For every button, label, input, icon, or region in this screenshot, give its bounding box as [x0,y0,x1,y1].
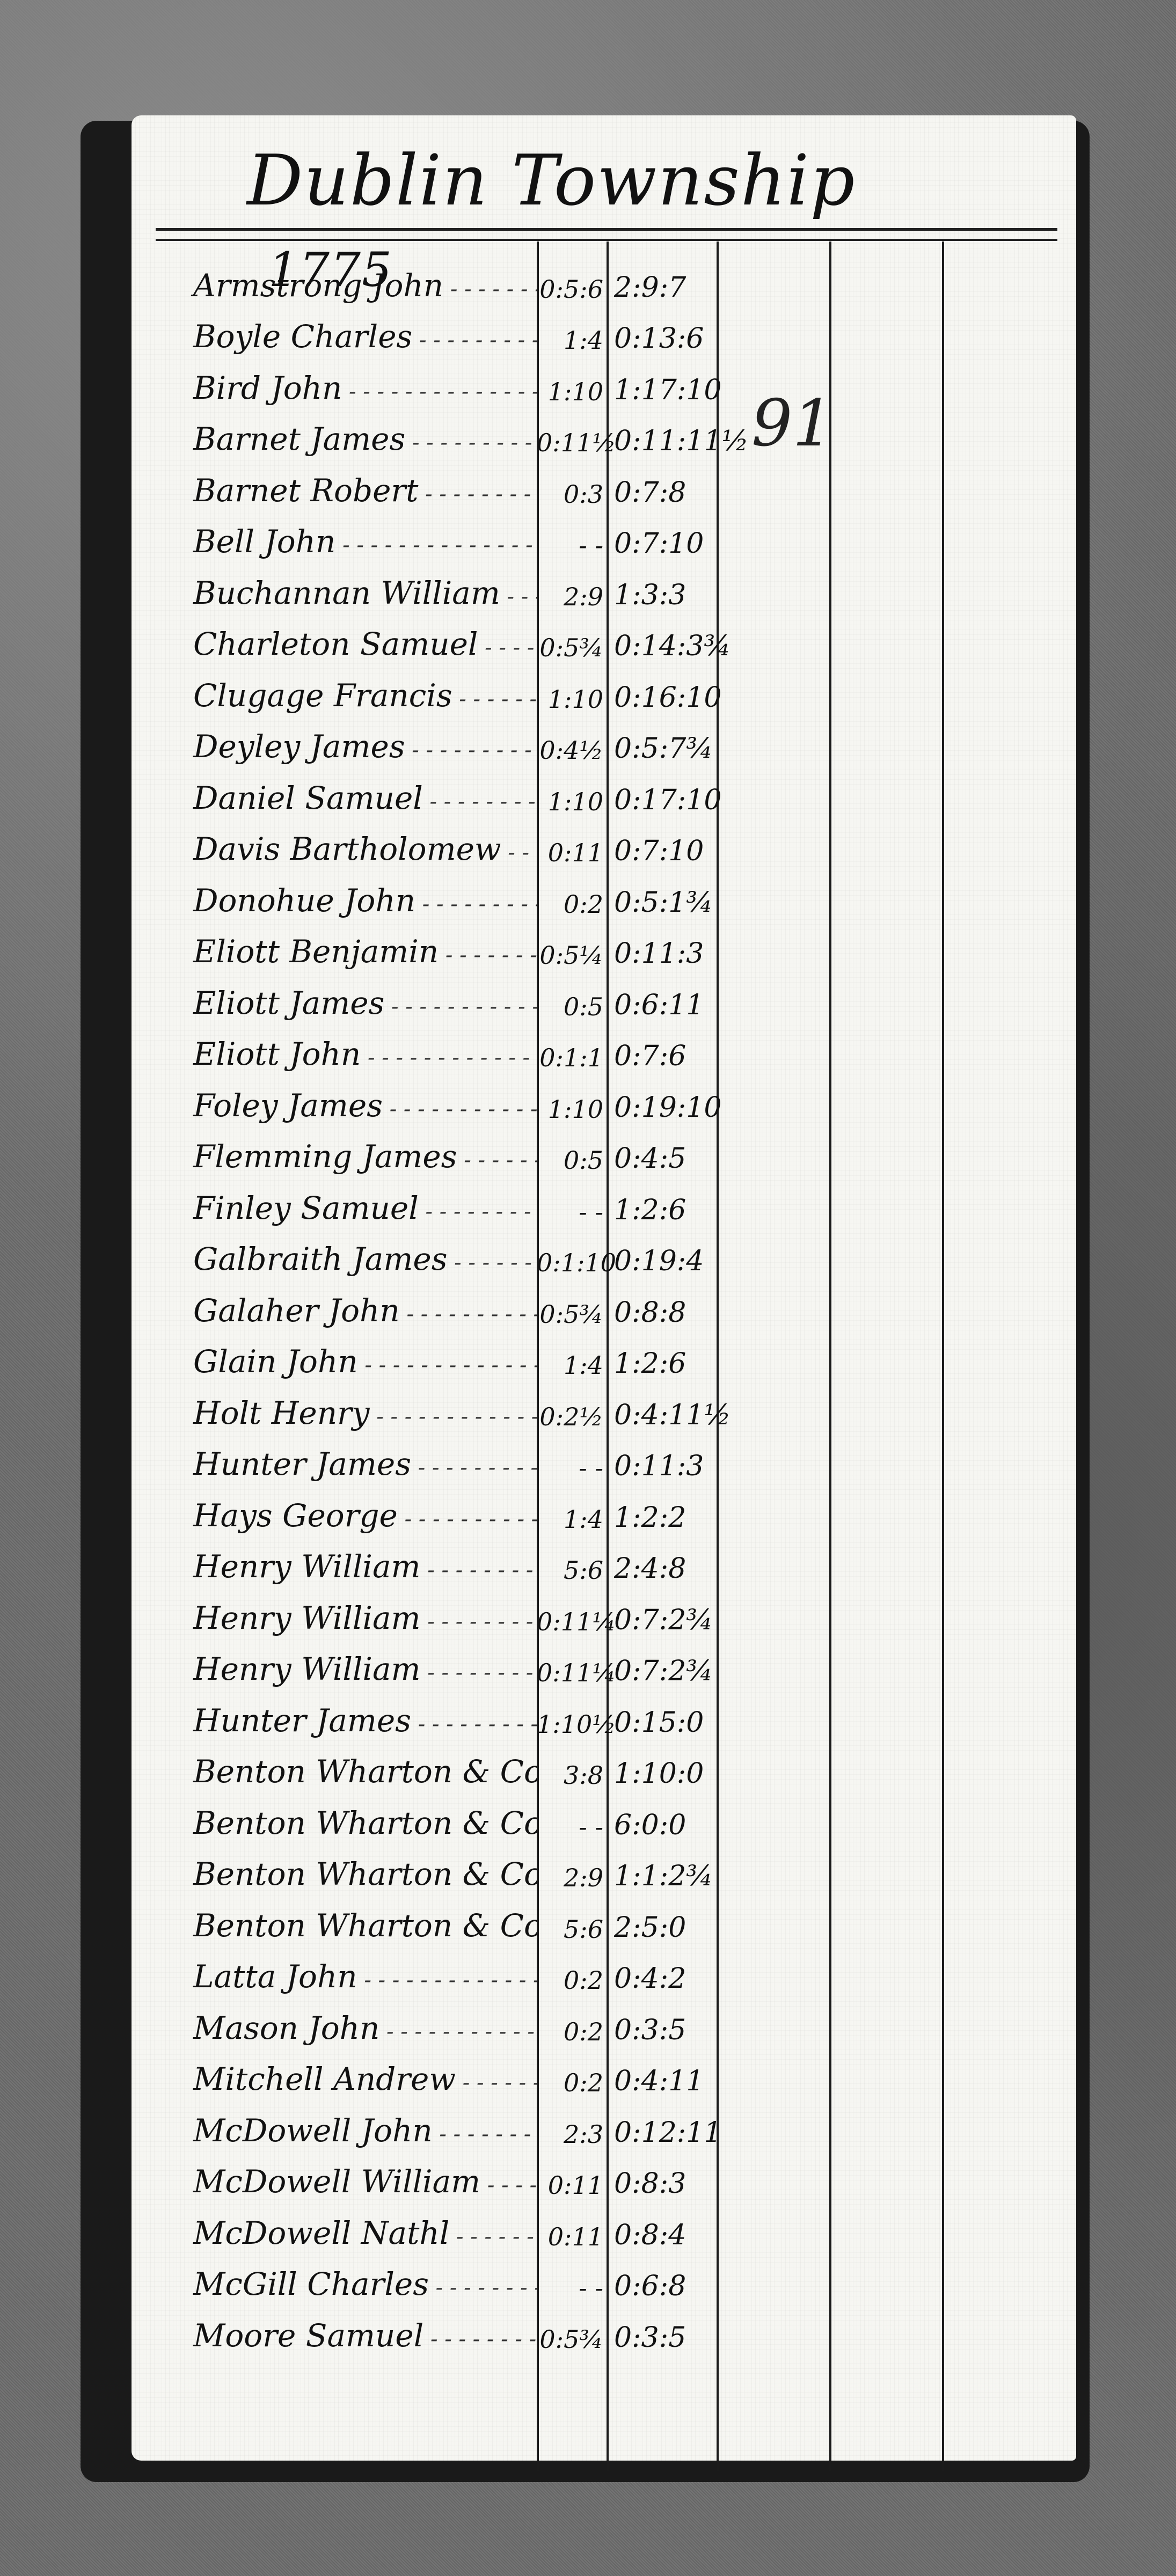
column-divider-5 [942,241,944,2471]
entry-amount-1: 0:5¼ [537,941,607,970]
entry-name: Boyle Charles [177,318,537,355]
entry-name: Deyley James [177,728,537,765]
entry-amount-2: 0:7:10 [607,528,714,560]
table-row: Davis Bartholomew0:110:7:10 [177,816,735,868]
entry-amount-1: 0:2 [537,1966,607,1995]
entry-name: McDowell John [177,2112,537,2149]
entry-name: Eliott Benjamin [177,933,537,970]
entry-name: McDowell Nathl [177,2215,537,2251]
entry-name: Donohue John [177,882,537,919]
entry-name: Latta John [177,1958,537,1995]
entry-amount-2: 0:14:3¾ [607,630,714,662]
entry-name: Flemming James [177,1138,537,1175]
table-row: Holt Henry0:2½0:4:11½ [177,1380,735,1431]
entry-name: Armstrong John [177,267,537,304]
entry-amount-1: 2:9 [537,582,607,611]
entry-amount-2: 1:3:3 [607,579,714,611]
entry-amount-1: 0:4½ [537,736,607,765]
table-row: Benton Wharton & Co- -6:0:0 [177,1790,735,1841]
entry-name: Barnet Robert [177,472,537,509]
table-row: Mitchell Andrew0:20:4:11 [177,2046,735,2098]
entry-amount-2: 2:9:7 [607,272,714,304]
table-row: Barnet James0:11½0:11:11½ [177,406,735,458]
entry-amount-2: 0:4:11½ [607,1399,714,1431]
entry-amount-2: 0:11:11½ [607,425,714,457]
table-row: Clugage Francis1:100:16:10 [177,662,735,714]
entry-name: Hunter James [177,1446,537,1482]
entry-amount-2: 0:4:11 [607,2065,714,2097]
column-divider-4 [829,241,831,2471]
entry-amount-1: 1:4 [537,1351,607,1380]
table-row: Benton Wharton & Co2:91:1:2¾ [177,1841,735,1893]
entry-amount-2: 0:15:0 [607,1707,714,1739]
table-row: McDowell John2:30:12:11 [177,2097,735,2149]
entry-amount-1: 0:1:10 [537,1248,607,1277]
table-row: Flemming James0:50:4:5 [177,1124,735,1175]
entry-amount-2: 0:11:3 [607,1450,714,1482]
entry-amount-2: 0:7:2¾ [607,1655,714,1687]
entry-amount-2: 0:7:6 [607,1040,714,1072]
table-row: Charleton Samuel0:5¾0:14:3¾ [177,611,735,663]
entry-amount-2: 1:17:10 [607,374,714,406]
entry-name: Daniel Samuel [177,780,537,816]
entry-name: Galaher John [177,1292,537,1329]
table-row: Donohue John0:20:5:1¾ [177,867,735,919]
entry-name: Galbraith James [177,1241,537,1277]
entry-amount-2: 6:0:0 [607,1809,714,1841]
entry-amount-2: 0:7:8 [607,477,714,509]
entry-name: Glain John [177,1343,537,1380]
entry-amount-1: 0:5:6 [537,275,607,304]
entry-amount-1: 1:10½ [537,1710,607,1739]
entry-name: Benton Wharton & Co [177,1753,537,1790]
entry-amount-1: 0:2 [537,2017,607,2046]
entry-amount-1: 0:11 [537,2222,607,2251]
entry-name: Benton Wharton & Co [177,1805,537,1841]
table-row: Finley Samuel- -1:2:6 [177,1175,735,1226]
entry-amount-2: 0:5:1¾ [607,887,714,919]
entry-amount-2: 0:7:10 [607,835,714,867]
entry-amount-1: 0:11½ [537,428,607,457]
entry-amount-1: 5:6 [537,1556,607,1585]
entry-amount-2: 0:3:5 [607,2322,714,2354]
table-row: Hunter James1:10½0:15:0 [177,1687,735,1739]
entry-amount-2: 0:12:11 [607,2117,714,2149]
township-name: Dublin Township [247,140,856,221]
entry-amount-1: - - [537,1197,607,1226]
entry-amount-2: 0:4:5 [607,1143,714,1175]
entry-name: Hunter James [177,1702,537,1739]
entry-amount-1: 0:3 [537,480,607,509]
entry-amount-1: - - [537,1812,607,1841]
entry-amount-2: 0:11:3 [607,938,714,970]
entry-amount-1: 1:10 [537,377,607,406]
entry-amount-1: 0:5¾ [537,2325,607,2354]
entry-amount-2: 1:2:6 [607,1194,714,1226]
entry-amount-1: 2:3 [537,2120,607,2149]
table-row: Benton Wharton & Co5:62:5:0 [177,1892,735,1944]
entry-amount-2: 0:19:4 [607,1245,714,1277]
entry-amount-2: 0:6:8 [607,2270,714,2302]
entry-name: Holt Henry [177,1395,537,1431]
entry-amount-1: 2:9 [537,1863,607,1892]
table-row: Hunter James- -0:11:3 [177,1431,735,1483]
entry-amount-1: 0:11 [537,2171,607,2200]
entry-name: Benton Wharton & Co [177,1856,537,1892]
entry-amount-1: 0:2½ [537,1402,607,1431]
entry-amount-1: 0:2 [537,2068,607,2097]
entry-amount-1: 0:11¼ [537,1658,607,1687]
table-row: Barnet Robert0:30:7:8 [177,457,735,509]
table-row: Bird John1:101:17:10 [177,355,735,406]
entry-amount-1: 1:10 [537,1095,607,1124]
entry-amount-1: 0:1:1 [537,1043,607,1072]
table-row: Galbraith James0:1:100:19:4 [177,1226,735,1278]
entry-name: Clugage Francis [177,677,537,714]
entry-name: Moore Samuel [177,2317,537,2354]
entry-amount-2: 1:2:6 [607,1348,714,1380]
entry-amount-2: 0:17:10 [607,784,714,816]
table-row: Armstrong John0:5:62:9:7 [177,252,735,304]
entry-amount-2: 0:8:3 [607,2168,714,2200]
table-row: McGill Charles- -0:6:8 [177,2251,735,2303]
entry-amount-2: 0:7:2¾ [607,1604,714,1636]
entry-name: Foley James [177,1087,537,1124]
entry-amount-1: 5:6 [537,1915,607,1944]
entry-amount-1: 0:5 [537,992,607,1021]
entry-name: Henry William [177,1548,537,1585]
table-row: McDowell Nathl0:110:8:4 [177,2200,735,2251]
table-row: Galaher John0:5¾0:8:8 [177,1277,735,1329]
table-row: Eliott John0:1:10:7:6 [177,1021,735,1073]
entry-list: Armstrong John0:5:62:9:7Boyle Charles1:4… [177,252,735,2354]
entry-name: Henry William [177,1651,537,1687]
entry-name: Buchannan William [177,575,537,611]
entry-amount-2: 0:8:4 [607,2219,714,2251]
entry-amount-1: 0:11 [537,838,607,867]
entry-amount-2: 0:19:10 [607,1092,714,1124]
table-row: Boyle Charles1:40:13:6 [177,304,735,355]
entry-amount-2: 0:6:11 [607,989,714,1021]
entry-amount-1: 1:10 [537,787,607,816]
entry-amount-2: 0:8:8 [607,1297,714,1329]
entry-amount-1: 1:10 [537,685,607,714]
table-row: Glain John1:41:2:6 [177,1329,735,1380]
table-row: Deyley James0:4½0:5:7¾ [177,714,735,765]
table-row: Henry William0:11¼0:7:2¾ [177,1636,735,1688]
entry-amount-1: - - [537,2273,607,2302]
entry-name: Mitchell Andrew [177,2061,537,2097]
entry-amount-1: 0:5¾ [537,1300,607,1329]
table-row: Mason John0:20:3:5 [177,1995,735,2046]
table-row: Moore Samuel0:5¾0:3:5 [177,2302,735,2354]
entry-name: Bell John [177,523,537,560]
entry-name: Mason John [177,2010,537,2046]
table-row: Eliott James0:50:6:11 [177,970,735,1021]
entry-amount-1: 3:8 [537,1761,607,1790]
entry-name: McGill Charles [177,2266,537,2302]
entry-amount-2: 1:2:2 [607,1502,714,1534]
entry-name: Bird John [177,370,537,406]
entry-amount-2: 0:13:6 [607,323,714,355]
table-row: Henry William0:11¼0:7:2¾ [177,1585,735,1636]
entry-amount-2: 0:4:2 [607,1963,714,1995]
entry-amount-1: 1:4 [537,1505,607,1534]
table-row: Eliott Benjamin0:5¼0:11:3 [177,919,735,970]
entry-name: Henry William [177,1600,537,1636]
header-rule-top [156,228,1057,231]
header-rule-bottom [156,239,1057,241]
entry-name: Barnet James [177,421,537,457]
margin-note: 91 [751,386,834,461]
entry-amount-2: 2:5:0 [607,1912,714,1944]
entry-amount-1: 1:4 [537,326,607,355]
entry-amount-1: 0:5¾ [537,633,607,662]
table-row: Foley James1:100:19:10 [177,1072,735,1124]
entry-name: Davis Bartholomew [177,831,537,867]
entry-name: Eliott James [177,985,537,1021]
entry-amount-1: 0:5 [537,1146,607,1175]
entry-amount-1: 0:11¼ [537,1607,607,1636]
table-row: Daniel Samuel1:100:17:10 [177,765,735,816]
table-row: Henry William5:62:4:8 [177,1534,735,1585]
entry-amount-2: 1:10:0 [607,1758,714,1790]
entry-name: Charleton Samuel [177,626,537,662]
entry-amount-1: - - [537,531,607,560]
entry-name: Benton Wharton & Co [177,1907,537,1944]
table-row: Benton Wharton & Co3:81:10:0 [177,1739,735,1790]
entry-amount-1: 0:2 [537,890,607,919]
entry-name: Finley Samuel [177,1190,537,1226]
entry-amount-2: 0:3:5 [607,2014,714,2046]
entry-amount-2: 1:1:2¾ [607,1860,714,1892]
entry-name: Eliott John [177,1036,537,1072]
entry-name: McDowell William [177,2163,537,2200]
entry-amount-2: 2:4:8 [607,1553,714,1585]
table-row: Bell John- -0:7:10 [177,509,735,560]
entry-amount-2: 0:5:7¾ [607,733,714,765]
entry-amount-1: - - [537,1453,607,1482]
table-row: Buchannan William2:91:3:3 [177,560,735,611]
entry-name: Hays George [177,1497,537,1534]
entry-amount-2: 0:16:10 [607,682,714,714]
table-row: Latta John0:20:4:2 [177,1944,735,1995]
table-row: McDowell William0:110:8:3 [177,2149,735,2200]
table-row: Hays George1:41:2:2 [177,1482,735,1534]
